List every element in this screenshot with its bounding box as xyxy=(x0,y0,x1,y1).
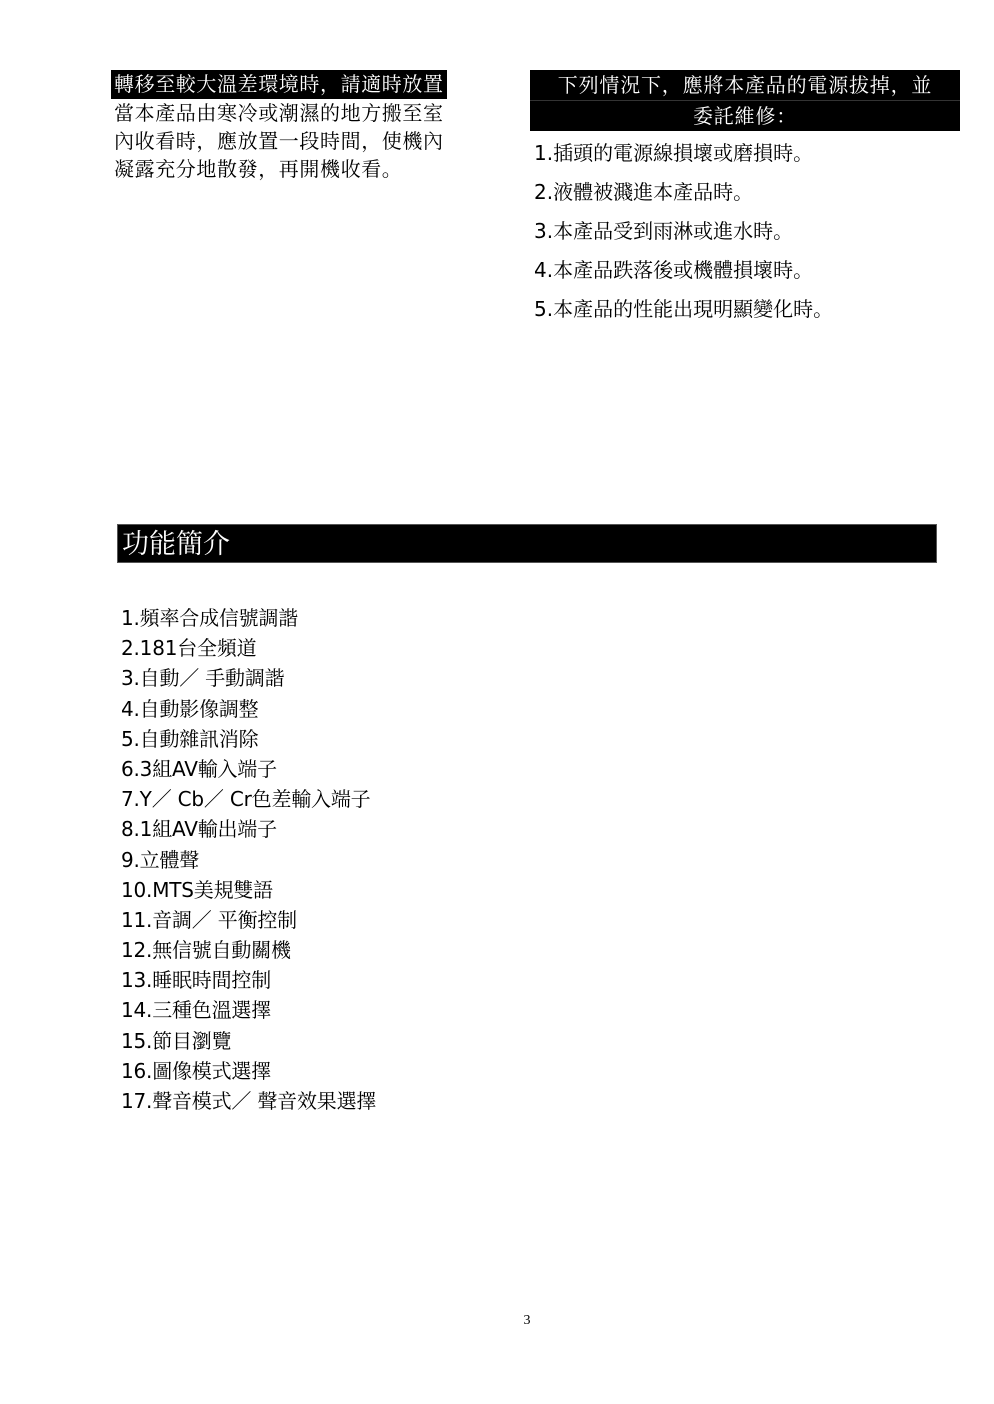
feature-item: 14.三種色溫選擇 xyxy=(121,995,376,1025)
unplug-conditions-list: 1.插頭的電源線損壞或磨損時。 2.液體被濺進本產品時。 3.本產品受到雨淋或進… xyxy=(530,134,960,329)
relocation-notice: 轉移至較大溫差環境時，請適時放置 當本產品由寒冷或潮濕的地方搬至室 內收看時，應… xyxy=(111,70,496,183)
feature-item: 7.Y／ Cb／ Cr色差輸入端子 xyxy=(121,784,376,814)
feature-item: 5.自動雜訊消除 xyxy=(121,724,376,754)
feature-item: 3.自動／ 手動調諧 xyxy=(121,663,376,693)
list-item: 5.本產品的性能出現明顯變化時。 xyxy=(534,290,960,329)
relocation-notice-line: 凝露充分地散發，再開機收看。 xyxy=(114,155,496,183)
unplug-conditions: 下列情況下，應將本產品的電源拔掉，並 委託維修： 1.插頭的電源線損壞或磨損時。… xyxy=(530,70,960,329)
features-section-title: 功能簡介 xyxy=(117,524,937,563)
list-item: 2.液體被濺進本產品時。 xyxy=(534,173,960,212)
feature-item: 9.立體聲 xyxy=(121,845,376,875)
relocation-notice-body: 當本產品由寒冷或潮濕的地方搬至室 內收看時，應放置一段時間，使機內 凝露充分地散… xyxy=(111,99,496,183)
feature-item: 11.音調／ 平衡控制 xyxy=(121,905,376,935)
feature-item: 17.聲音模式／ 聲音效果選擇 xyxy=(121,1086,376,1116)
feature-item: 15.節目瀏覽 xyxy=(121,1026,376,1056)
list-item: 1.插頭的電源線損壞或磨損時。 xyxy=(534,134,960,173)
relocation-notice-line: 當本產品由寒冷或潮濕的地方搬至室 xyxy=(114,99,496,127)
feature-item: 4.自動影像調整 xyxy=(121,694,376,724)
unplug-conditions-title-line: 下列情況下，應將本產品的電源拔掉，並 xyxy=(530,70,960,101)
features-list: 1.頻率合成信號調諧 2.181台全頻道 3.自動／ 手動調諧 4.自動影像調整… xyxy=(121,603,376,1116)
feature-item: 12.無信號自動關機 xyxy=(121,935,376,965)
feature-item: 8.1組AV輸出端子 xyxy=(121,814,376,844)
feature-item: 13.睡眠時間控制 xyxy=(121,965,376,995)
unplug-conditions-title-line: 委託維修： xyxy=(530,101,960,131)
feature-item: 10.MTS美規雙語 xyxy=(121,875,376,905)
unplug-conditions-title: 下列情況下，應將本產品的電源拔掉，並 委託維修： xyxy=(530,70,960,131)
manual-page: 轉移至較大溫差環境時，請適時放置 當本產品由寒冷或潮濕的地方搬至室 內收看時，應… xyxy=(0,0,994,1404)
list-item: 3.本產品受到雨淋或進水時。 xyxy=(534,212,960,251)
relocation-notice-line: 內收看時，應放置一段時間，使機內 xyxy=(114,127,496,155)
list-item: 4.本產品跌落後或機體損壞時。 xyxy=(534,251,960,290)
feature-item: 1.頻率合成信號調諧 xyxy=(121,603,376,633)
feature-item: 6.3組AV輸入端子 xyxy=(121,754,376,784)
page-number: 3 xyxy=(0,1313,994,1329)
feature-item: 16.圖像模式選擇 xyxy=(121,1056,376,1086)
feature-item: 2.181台全頻道 xyxy=(121,633,376,663)
relocation-notice-title: 轉移至較大溫差環境時，請適時放置 xyxy=(111,70,447,99)
